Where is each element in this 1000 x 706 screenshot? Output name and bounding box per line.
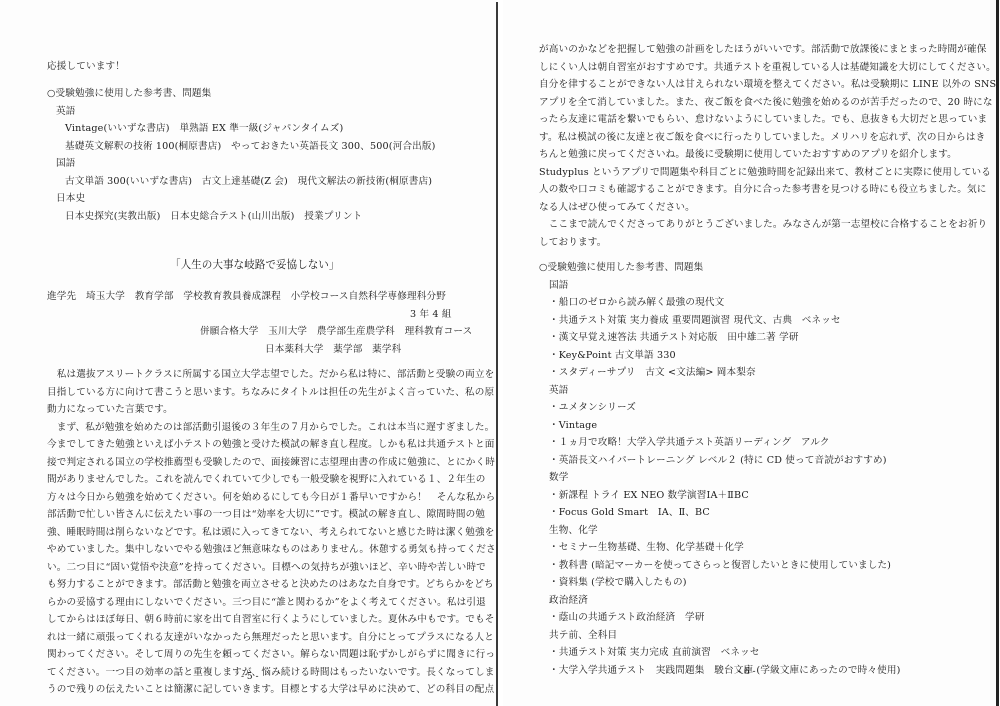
body-line: い。二つ目に“固い覚悟や決意”を持ってください。目標への気持ちが強いほど、辛い時…: [47, 561, 486, 574]
body-line: うので残りの伝えたいことは簡潔に記していきます。目標とする大学は早めに決めて、ど…: [47, 683, 494, 696]
subject-japanese: 国語: [56, 157, 76, 170]
reference-item: ・新課程 トライ EX NEO 数学演習ⅠA＋ⅡBC: [549, 489, 749, 502]
body-line: アプリを全て消していました。また、夜ご飯を食べた後に勉強を始めるのが苦手だったの…: [539, 96, 993, 109]
reference-item: ・Focus Gold Smart ⅠA、Ⅱ、BC: [549, 506, 710, 519]
reference-line: 基礎英文解釈の技術 100(桐原書店) やっておきたい英語長文 300、500(…: [65, 140, 436, 153]
body-line: 目指している方に向けて書こうと思います。ちなみにタイトルは担任の先生がよく言って…: [47, 386, 494, 399]
reference-item: ・Vintage: [549, 419, 597, 432]
subject-english: 英語: [56, 105, 76, 118]
subject-label: 国語: [549, 279, 569, 292]
references-heading: ○受験勉強に使用した参考書、問題集: [539, 261, 703, 274]
body-line: 関わってください。そして周りの先生を頼ってください。解らない問題は恥ずかしがらず…: [47, 648, 495, 661]
body-line: 今までしてきた勉強といえば小テストの勉強と受けた模試の解き直し程度。しかも私は共…: [47, 438, 494, 451]
reference-item: ・教科書 (暗記マーカーを使ってさらっと復習したいときに使用していました): [549, 559, 891, 572]
also-accepted-line: 日本薬科大学 薬学部 薬学科: [265, 343, 401, 356]
body-line: れは一緒に頑張ってくれる友達がいなかったら無理だったと思います。自分にとってプラ…: [47, 631, 494, 644]
page-edge-divider: [496, 2, 498, 706]
body-line: てください。一つ目の効率の話と重複しますが、悩み続ける時間はもったいないです。長…: [47, 666, 494, 679]
subject-label: 数学: [549, 471, 569, 484]
subject-label: 政治経済: [549, 594, 588, 607]
body-line: なる人はぜひ使ってみてください。: [539, 201, 695, 214]
page-6: が高いのかなどを把握して勉強の計画をしたほうがいいです。部活動で放課後にまとまっ…: [503, 0, 1000, 706]
subject-japanese-history: 日本史: [56, 192, 85, 205]
reference-item: ・漢文早覚え速答法 共通テスト対応版 田中雄二著 学研: [549, 331, 799, 344]
reference-item: ・セミナー生物基礎、生物、化学基礎＋化学: [549, 541, 744, 554]
body-line: 方々は今日から勉強を始めてください。何を始めるにしても今日が１番早いですから！ …: [47, 491, 495, 504]
class-label: 3 年 4 組: [410, 308, 452, 321]
page-number-6: - 6 -: [738, 667, 756, 677]
body-line: す。私は模試の後に友達と夜ご飯を食べに行ったりしていました。メリハリを忘れず、次…: [539, 131, 985, 144]
page-gutter: [498, 0, 503, 706]
body-line: してからはほぼ毎日、朝６時前に家を出て自習室に行くようにしていました。夏休み中も…: [47, 613, 494, 626]
reference-line: Vintage(いいずな書店) 単熟語 EX 準一級(ジャパンタイムズ): [65, 122, 343, 135]
reference-item: ・蔭山の共通テスト政治経済 学研: [549, 611, 705, 624]
body-line: 人の数や口コミも確認することができます。自分に合った参考書を見つける時にも役立ち…: [539, 183, 986, 196]
body-line: 動力になっていた言葉です。: [47, 403, 173, 416]
reference-line: 古文単語 300(いいずな書店) 古文上達基礎(Z 会) 現代文解法の新技術(桐…: [65, 175, 432, 188]
references-heading: ○受験勉強に使用した参考書、問題集: [47, 87, 211, 100]
page-number-5: - 5 -: [241, 672, 259, 682]
intro-line: 応援しています！: [47, 60, 125, 73]
body-line: ちんと勉強に戻ってくださいね。最後に受験期に使用していたおすすめのアプリを紹介し…: [539, 148, 957, 161]
body-line: 自分を律することができない人は甘えられない環境を整えてください。私は受験期に L…: [539, 78, 996, 91]
body-line: らかの妥協する理由にしないでください。三つ目に“誰と関わるか”をよく考えてくださ…: [47, 596, 486, 609]
body-line: 強、睡眠時間は削らないなどです。私は頭に入ってきてない、考えられてないと感じた時…: [47, 526, 494, 539]
page-5: 応援しています！ ○受験勉強に使用した参考書、問題集 英語 Vintage(いい…: [0, 0, 497, 706]
body-line: やめていました。集中しないでやる勉強ほど無意味なものはありません。休憩する勇気も…: [47, 543, 496, 556]
body-line: 私は選抜アスリートクラスに所属する国立大学志望でした。だから私は特に、部活動と受…: [47, 368, 494, 381]
body-line: も努力することができます。部活動と勉強を両立させると決めたのはあなた自身です。ど…: [47, 578, 494, 591]
body-line: しております。: [539, 236, 606, 249]
reference-item: ・Key&Point 古文単語 330: [549, 349, 676, 362]
subject-label: 生物、化学: [549, 524, 598, 537]
reference-item: ・英語長文ハイパートレーニング レベル２ (特に CD 使って音読がおすすめ): [549, 454, 887, 467]
body-line: ったら友達に電話を繋いでもらい、怠けないようにしていました。でも、息抜きも大切だ…: [539, 113, 987, 126]
body-line: が高いのかなどを把握して勉強の計画をしたほうがいいです。部活動で放課後にまとまっ…: [539, 43, 986, 56]
body-line: しにくい人は朝自習室がおすすめです。共通テストを重視している人は基礎知識を大切に…: [539, 61, 996, 74]
body-line: 間がありませんでした。これを読んでくれていて少しでも一般受験を視野に入れている１…: [47, 473, 485, 486]
subject-label: 共テ前、全科目: [549, 629, 617, 642]
reference-item: ・ユメタンシリーズ: [549, 401, 636, 414]
subject-label: 英語: [549, 384, 569, 397]
body-line: 接で判定される国立の学校推薦型も受験したので、面接練習に志望理由書の作成に勉強に…: [47, 456, 495, 469]
body-line: Studyplus というアプリで問題集や科目ごとに勉強時間を記録出来て、教材ご…: [539, 166, 991, 179]
page-edge-right: [996, 0, 999, 706]
reference-item: ・スタディーサプリ 古文 <文法編> 岡本梨奈: [549, 366, 756, 379]
reference-line: 日本史探究(実教出版) 日本史総合テスト(山川出版) 授業プリント: [65, 210, 362, 223]
reference-item: ・船口のゼロから読み解く最強の現代文: [549, 296, 724, 309]
reference-item: ・１ヵ月で攻略！大学入学共通テスト英語リーディング アルク: [549, 436, 830, 449]
reference-item: ・共通テスト対策 実力完成 直前演習 ベネッセ: [549, 646, 760, 659]
body-line: まず、私が勉強を始めたのは部活動引退後の３年生の７月からでした。これは本当に遅す…: [47, 421, 494, 434]
essay-title: 「人生の大事な岐路で妥協しない」: [170, 258, 340, 272]
body-line: ここまで読んでくださってありがとうございました。みなさんが第一志望校に合格するこ…: [539, 218, 987, 231]
reference-item: ・資料集 (学校で購入したもの): [549, 576, 687, 589]
body-line: 部活動で忙しい皆さんに伝えたい事の一つ目は“効率を大切に”です。模試の解き直し、…: [47, 508, 485, 521]
reference-item: ・共通テスト対策 実力養成 重要問題演習 現代文、古典 ベネッセ: [549, 314, 841, 327]
also-accepted-line: 併願合格大学 玉川大学 農学部生産農学科 理科教育コース: [200, 325, 472, 338]
destination-line: 進学先 埼玉大学 教育学部 学校教育教員養成課程 小学校コース自然科学専修理科分…: [47, 290, 446, 303]
reference-item: ・大学入学共通テスト 実践問題集 駿台文庫 (学級文庫にあったので時々使用): [549, 664, 901, 677]
